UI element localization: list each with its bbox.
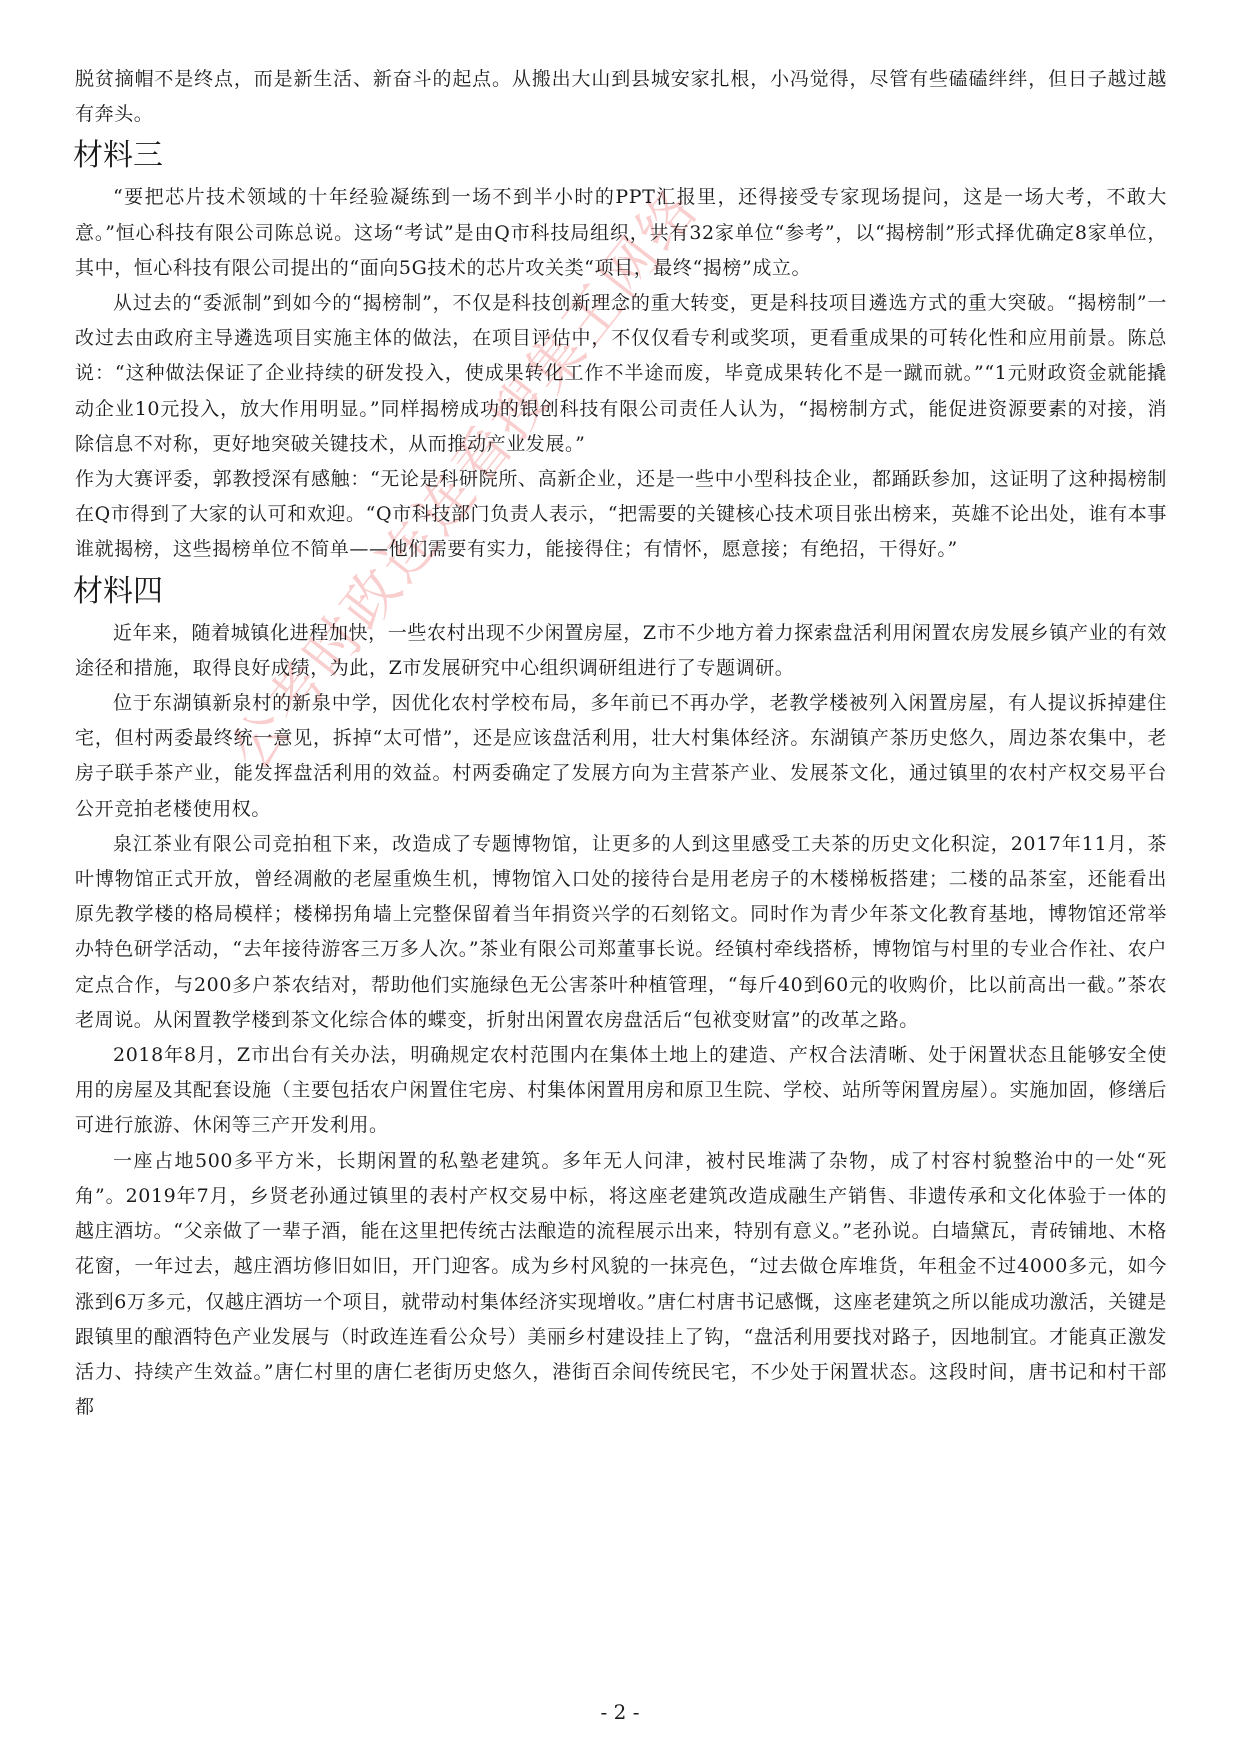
paragraph: 近年来，随着城镇化进程加快，一些农村出现不少闲置房屋，Z市不少地方着力探索盘活利… bbox=[75, 616, 1167, 686]
paragraph: 作为大赛评委，郭教授深有感触：“无论是科研院所、高新企业，还是一些中小型科技企业… bbox=[75, 462, 1167, 568]
document-page: 脱贫摘帽不是终点，而是新生活、新奋斗的起点。从搬出大山到县城安家扎根，小冯觉得，… bbox=[75, 62, 1167, 1425]
page-number: - 2 - bbox=[0, 1700, 1240, 1724]
paragraph: 从过去的“委派制”到如今的“揭榜制”，不仅是科技创新理念的重大转变，更是科技项目… bbox=[75, 286, 1167, 462]
paragraph: 2018年8月，Z市出台有关办法，明确规定农村范围内在集体土地上的建造、产权合法… bbox=[75, 1038, 1167, 1144]
paragraph: “要把芯片技术领域的十年经验凝练到一场不到半小时的PPT汇报里，还得接受专家现场… bbox=[75, 180, 1167, 286]
paragraph: 一座占地500多平方米，长期闲置的私塾老建筑。多年无人问津，被村民堆满了杂物，成… bbox=[75, 1144, 1167, 1426]
section-heading-3: 材料三 bbox=[73, 132, 1167, 180]
section-heading-4: 材料四 bbox=[73, 568, 1167, 616]
paragraph-continued: 脱贫摘帽不是终点，而是新生活、新奋斗的起点。从搬出大山到县城安家扎根，小冯觉得，… bbox=[75, 62, 1167, 132]
paragraph: 位于东湖镇新泉村的新泉中学，因优化农村学校布局，多年前已不再办学，老教学楼被列入… bbox=[75, 686, 1167, 827]
paragraph: 泉江茶业有限公司竞拍租下来，改造成了专题博物馆，让更多的人到这里感受工夫茶的历史… bbox=[75, 827, 1167, 1038]
